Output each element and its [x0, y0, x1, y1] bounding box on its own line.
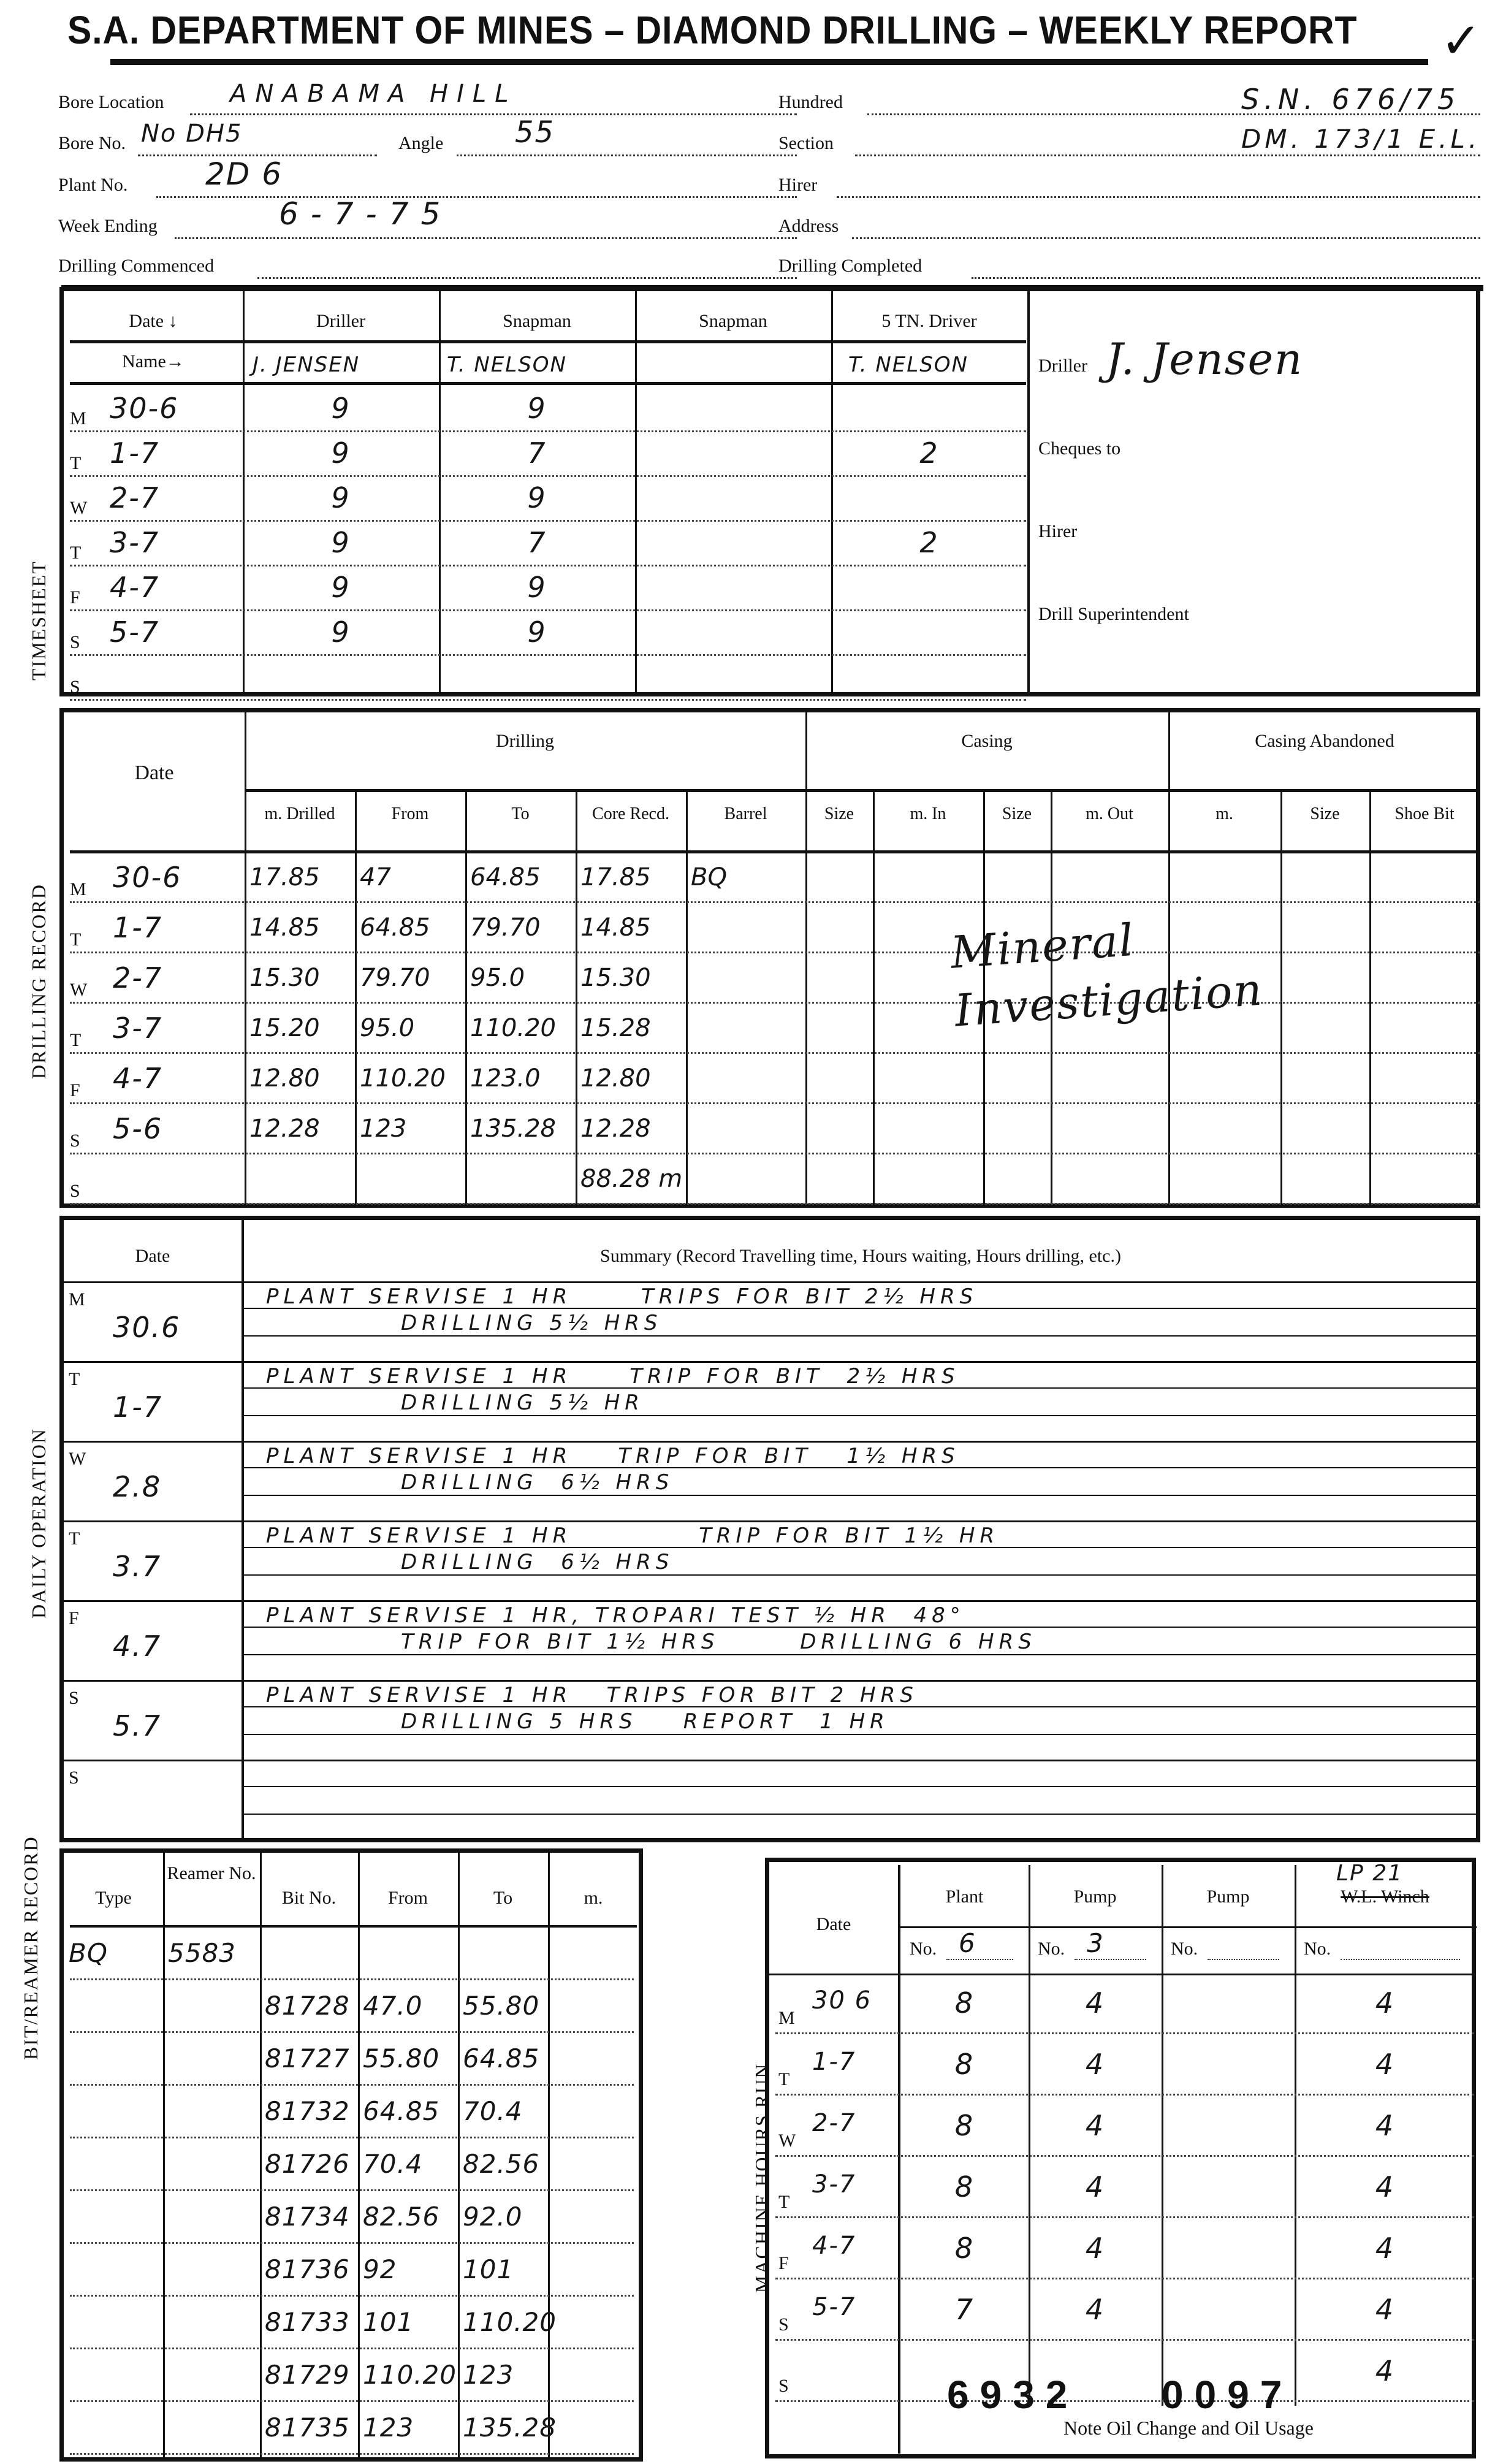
machine-col-header: Plant	[900, 1886, 1029, 1907]
drilling-completed-label: Drilling Completed	[778, 256, 922, 277]
daily-header-summary: Summary (Record Travelling time, Hours w…	[242, 1246, 1480, 1267]
drilling-col-header: Core Recd.	[576, 804, 686, 824]
drilling-day: T	[70, 929, 81, 950]
drilling-day: S	[70, 1131, 80, 1151]
bore-location-value[interactable]: ANABAMA HILL	[230, 80, 517, 108]
machine-hours-winch[interactable]: 4	[1295, 2232, 1475, 2265]
machine-date[interactable]: 1-7	[812, 2048, 856, 2076]
bit-to[interactable]: 110.20	[463, 2307, 547, 2337]
daily-date[interactable]: 5.7	[113, 1709, 161, 1742]
bit-from[interactable]: 70.4	[363, 2149, 457, 2179]
bit-to[interactable]: 123	[463, 2360, 547, 2390]
check-mark-icon: ✓	[1440, 12, 1482, 69]
bit-from[interactable]: 82.56	[363, 2202, 457, 2232]
timesheet-date[interactable]: 4-7	[110, 571, 159, 604]
address-label: Address	[778, 216, 839, 237]
daily-summary-line[interactable]: PLANT SERVISE 1 HR TRIP FOR BIT 1½ HR	[266, 1524, 999, 1548]
bit-type[interactable]: BQ	[69, 1938, 162, 1968]
drilling-day: W	[70, 980, 87, 1001]
bit-col-header: Bit No.	[260, 1886, 358, 1910]
daily-summary-line[interactable]: PLANT SERVISE 1 HR TRIP FOR BIT 2½ HRS	[266, 1364, 960, 1389]
drilling-col-header: m. In	[873, 804, 983, 824]
timesheet-hours-driller[interactable]: 9	[243, 571, 439, 604]
machine-hours-winch[interactable]: 4	[1295, 1986, 1475, 2020]
timesheet-day: T	[70, 453, 81, 474]
machine-hours-plant[interactable]: 8	[900, 2109, 1029, 2142]
drilling-core[interactable]: 17.85	[580, 863, 685, 891]
drilling-col-header: From	[355, 804, 465, 824]
plant-no-label: Plant No.	[58, 175, 127, 196]
machine-day: W	[778, 2130, 796, 2151]
machine-hours-pump1[interactable]: 4	[1029, 2109, 1162, 2142]
daily-operation-table: Date Summary (Record Travelling time, Ho…	[59, 1216, 1480, 1842]
machine-header-date: Date	[769, 1914, 898, 1935]
daily-header-date: Date	[64, 1246, 242, 1267]
angle-label: Angle	[398, 133, 443, 154]
bit-bit[interactable]: 81736	[265, 2254, 357, 2284]
drilling-core[interactable]: 88.28 m	[580, 1165, 685, 1193]
timesheet-hours-snapman1[interactable]: 7	[439, 437, 635, 470]
drilling-to[interactable]: 123.0	[470, 1064, 574, 1093]
bit-to[interactable]: 101	[463, 2254, 547, 2284]
drilling-col-header: Shoe Bit	[1369, 804, 1480, 824]
machine-hours-pump1[interactable]: 4	[1029, 2293, 1162, 2326]
machine-hours-pump1[interactable]: 4	[1029, 2232, 1162, 2265]
drilling-from[interactable]: 123	[360, 1115, 464, 1143]
bit-from[interactable]: 92	[363, 2254, 457, 2284]
drill-superintendent-label: Drill Superintendent	[1038, 604, 1189, 625]
daily-date[interactable]: 30.6	[113, 1311, 180, 1344]
drilling-header-drilling: Drilling	[245, 731, 805, 752]
hundred-value[interactable]: S.N. 676/75	[1241, 83, 1460, 116]
drilling-date[interactable]: 2-7	[113, 961, 162, 994]
drilling-to[interactable]: 79.70	[470, 914, 574, 942]
drilling-date[interactable]: 3-7	[113, 1012, 162, 1045]
drilling-core[interactable]: 12.80	[580, 1064, 685, 1093]
drilling-col-header: Size	[983, 804, 1051, 824]
timesheet-name-driver[interactable]: T. NELSON	[848, 353, 968, 377]
drilling-drilled[interactable]: 14.85	[249, 914, 354, 942]
driller-signature: J. Jensen	[1106, 334, 1303, 384]
bit-from[interactable]: 110.20	[363, 2360, 457, 2390]
daily-summary-line[interactable]: DRILLING 5½ HRS	[401, 1311, 663, 1335]
machine-col-header: Pump	[1162, 1886, 1295, 1907]
timesheet-hours-snapman1[interactable]: 9	[439, 616, 635, 649]
drilling-header-casing-abandoned: Casing Abandoned	[1168, 731, 1481, 752]
bore-no-value[interactable]: No DH5	[141, 120, 242, 148]
timesheet-hours-driller[interactable]: 9	[243, 481, 439, 514]
machine-date[interactable]: 2-7	[812, 2109, 856, 2137]
bit-from[interactable]: 123	[363, 2413, 457, 2443]
drilling-day: F	[70, 1080, 80, 1101]
plant-no-value[interactable]: 2D 6	[205, 156, 283, 192]
bit-reamer[interactable]: 5583	[168, 1938, 259, 1968]
bit-from[interactable]: 55.80	[363, 2043, 457, 2073]
header-fields: Bore Location ANABAMA HILL Bore No. No D…	[58, 80, 1486, 282]
daily-day: T	[69, 1369, 80, 1390]
bit-col-header: Reamer No.	[163, 1862, 260, 1885]
daily-date[interactable]: 4.7	[113, 1630, 161, 1663]
timesheet-hours-snapman1[interactable]: 9	[439, 481, 635, 514]
drilling-core[interactable]: 15.28	[580, 1014, 685, 1042]
drilling-drilled[interactable]: 15.20	[249, 1014, 354, 1042]
bit-bit[interactable]: 81732	[265, 2096, 357, 2126]
machine-no-label: No.	[1171, 1939, 1198, 1959]
drilling-record-section-label: DRILLING RECORD	[28, 883, 50, 1079]
bit-to[interactable]: 135.28	[463, 2413, 547, 2443]
machine-col-header: W.L. Winch	[1295, 1886, 1475, 1907]
timesheet-header-snapman-2: Snapman	[635, 311, 831, 332]
winch-label-override: LP 21	[1336, 1861, 1403, 1886]
bit-from[interactable]: 47.0	[363, 1991, 457, 2021]
timesheet-header-driver: 5 TN. Driver	[831, 311, 1027, 332]
machine-hours-plant[interactable]: 8	[900, 2232, 1029, 2265]
title-underline	[110, 59, 1428, 65]
bit-to[interactable]: 82.56	[463, 2149, 547, 2179]
machine-day: T	[778, 2069, 789, 2090]
drilling-from[interactable]: 64.85	[360, 914, 464, 942]
drilling-col-header: To	[465, 804, 576, 824]
drilling-from[interactable]: 79.70	[360, 964, 464, 992]
drilling-col-header: Barrel	[686, 804, 805, 824]
drilling-date[interactable]: 1-7	[113, 911, 162, 944]
week-ending-label: Week Ending	[58, 216, 158, 237]
drilling-col-header: Size	[1280, 804, 1369, 824]
hirer-label: Hirer	[778, 175, 817, 196]
machine-no-value[interactable]: 6	[959, 1928, 976, 1958]
drilling-to[interactable]: 110.20	[470, 1014, 574, 1042]
bit-bit[interactable]: 81729	[265, 2360, 357, 2390]
daily-day: T	[69, 1528, 80, 1549]
machine-date[interactable]: 3-7	[812, 2170, 856, 2199]
hundred-label: Hundred	[778, 92, 843, 113]
machine-hours-pump1[interactable]: 4	[1029, 1986, 1162, 2020]
timesheet-date[interactable]: 2-7	[110, 481, 159, 514]
bit-to[interactable]: 55.80	[463, 1991, 547, 2021]
machine-no-label: No.	[1038, 1939, 1065, 1959]
drilling-record-table: Date Drilling Casing Casing Abandoned m.…	[59, 708, 1480, 1208]
bit-from[interactable]: 101	[363, 2307, 457, 2337]
daily-date[interactable]: 1-7	[113, 1390, 162, 1424]
bit-col-header: From	[358, 1886, 458, 1910]
bit-bit[interactable]: 81728	[265, 1991, 357, 2021]
timesheet-day: S	[70, 632, 80, 653]
timesheet-section-label: TIMESHEET	[28, 560, 50, 681]
timesheet-hours-driller[interactable]: 9	[243, 526, 439, 559]
drilling-col-header: m. Drilled	[245, 804, 355, 824]
drilling-header-date: Date	[64, 761, 245, 785]
angle-value[interactable]: 55	[515, 115, 555, 150]
drilling-drilled[interactable]: 15.30	[249, 964, 354, 992]
timesheet-header-snapman-1: Snapman	[439, 311, 635, 332]
timesheet-day: M	[70, 408, 86, 429]
daily-summary-line[interactable]: DRILLING 6½ HRS	[401, 1470, 674, 1495]
bit-to[interactable]: 64.85	[463, 2043, 547, 2073]
timesheet-header-driller: Driller	[243, 311, 439, 332]
machine-hours-plant[interactable]: 8	[900, 1986, 1029, 2020]
drilling-to[interactable]: 64.85	[470, 863, 574, 891]
drilling-col-header: m.	[1168, 804, 1280, 824]
bit-bit[interactable]: 81733	[265, 2307, 357, 2337]
machine-no-value[interactable]: 3	[1087, 1928, 1105, 1958]
cheques-to-label: Cheques to	[1038, 438, 1120, 459]
machine-day: T	[778, 2192, 789, 2213]
bit-col-header: To	[458, 1886, 548, 1910]
machine-hours-pump1[interactable]: 4	[1029, 2048, 1162, 2081]
drilling-barrel[interactable]: BQ	[691, 863, 804, 891]
bit-bit[interactable]: 81727	[265, 2043, 357, 2073]
machine-col-header: Pump	[1029, 1886, 1162, 1907]
daily-day: W	[69, 1449, 86, 1470]
bit-col-header: m.	[548, 1886, 639, 1910]
daily-summary-line[interactable]: DRILLING 5½ HR	[401, 1390, 644, 1415]
drilling-core[interactable]: 14.85	[580, 914, 685, 942]
timesheet-name-label: Name→	[64, 351, 243, 372]
drilling-day: T	[70, 1030, 81, 1051]
bit-to[interactable]: 92.0	[463, 2202, 547, 2232]
timesheet-day: S	[70, 677, 80, 698]
timesheet-day: W	[70, 498, 87, 519]
timesheet-hours-snapman1[interactable]: 9	[439, 392, 635, 425]
drilling-date[interactable]: 30-6	[113, 861, 181, 894]
oil-change-note: Note Oil Change and Oil Usage	[900, 2417, 1477, 2439]
machine-hours-plant[interactable]: 7	[900, 2293, 1029, 2326]
drilling-date[interactable]: 5-6	[113, 1112, 162, 1145]
daily-date[interactable]: 3.7	[113, 1550, 161, 1583]
section-value[interactable]: DM. 173/1 E.L.	[1241, 124, 1480, 154]
bit-reamer-section-label: BIT/REAMER RECORD	[20, 1836, 42, 2060]
timesheet-table: Date ↓ Driller Snapman Snapman 5 TN. Dri…	[59, 287, 1480, 696]
bit-bit[interactable]: 81735	[265, 2413, 357, 2443]
timesheet-date[interactable]: 5-7	[110, 616, 159, 649]
machine-hours-winch[interactable]: 4	[1295, 2354, 1475, 2387]
daily-summary-line[interactable]: PLANT SERVISE 1 HR TRIP FOR BIT 1½ HRS	[266, 1444, 960, 1468]
drilling-from[interactable]: 95.0	[360, 1014, 464, 1042]
bit-col-header: Type	[64, 1886, 163, 1910]
drilling-col-header: m. Out	[1051, 804, 1168, 824]
page-title: S.A. DEPARTMENT OF MINES – DIAMOND DRILL…	[67, 7, 1357, 53]
timesheet-name-snapman-1[interactable]: T. NELSON	[447, 353, 567, 377]
pump-meter-stamp: 0097	[1162, 2372, 1293, 2417]
drilling-header-casing: Casing	[805, 731, 1168, 752]
drilling-core[interactable]: 15.30	[580, 964, 685, 992]
machine-no-label: No.	[1304, 1939, 1331, 1959]
daily-date[interactable]: 2.8	[113, 1470, 161, 1503]
timesheet-hours-driller[interactable]: 9	[243, 437, 439, 470]
drilling-day: M	[70, 879, 86, 900]
timesheet-date[interactable]: 30-6	[110, 392, 178, 425]
timesheet-header-date: Date ↓	[64, 311, 243, 332]
hirer-signature-label: Hirer	[1038, 521, 1077, 542]
timesheet-date[interactable]: 1-7	[110, 437, 159, 470]
daily-summary-line[interactable]: PLANT SERVISE 1 HR, TROPARI TEST ½ HR 48…	[266, 1603, 965, 1628]
daily-day: F	[69, 1608, 79, 1629]
machine-hours-winch[interactable]: 4	[1295, 2170, 1475, 2203]
machine-hours-plant[interactable]: 8	[900, 2048, 1029, 2081]
daily-summary-line[interactable]: PLANT SERVISE 1 HR TRIPS FOR BIT 2 HRS	[266, 1683, 918, 1707]
drilling-date[interactable]: 4-7	[113, 1062, 162, 1095]
bore-no-label: Bore No.	[58, 133, 126, 154]
daily-day: M	[69, 1289, 85, 1310]
bore-location-label: Bore Location	[58, 92, 164, 113]
machine-day: S	[778, 2314, 789, 2335]
machine-day: F	[778, 2253, 789, 2274]
drilling-from[interactable]: 47	[360, 863, 464, 891]
timesheet-date[interactable]: 3-7	[110, 526, 159, 559]
timesheet-hours-snapman1[interactable]: 7	[439, 526, 635, 559]
timesheet-day: T	[70, 543, 81, 563]
machine-date[interactable]: 5-7	[812, 2293, 856, 2321]
drilling-to[interactable]: 135.28	[470, 1115, 574, 1143]
machine-hours-table: Date PlantNo.6PumpNo.3PumpNo.W.L. WinchN…	[765, 1858, 1476, 2458]
driller-signature-label: Driller	[1038, 356, 1087, 376]
machine-hours-winch[interactable]: 4	[1295, 2293, 1475, 2326]
drilling-drilled[interactable]: 17.85	[249, 863, 354, 891]
bit-reamer-table: TypeReamer No.Bit No.FromTom. BQ55838172…	[59, 1848, 643, 2462]
bit-from[interactable]: 64.85	[363, 2096, 457, 2126]
plant-meter-stamp: 6932	[947, 2372, 1078, 2417]
bit-bit[interactable]: 81726	[265, 2149, 357, 2179]
daily-day: S	[69, 1768, 79, 1788]
timesheet-hours-driller[interactable]: 9	[243, 392, 439, 425]
drilling-col-header: Size	[805, 804, 873, 824]
timesheet-name-driller[interactable]: J. JENSEN	[253, 353, 360, 377]
daily-operation-section-label: DAILY OPERATION	[28, 1428, 50, 1619]
drilling-drilled[interactable]: 12.80	[249, 1064, 354, 1093]
machine-date[interactable]: 30 6	[812, 1986, 872, 2015]
section-label: Section	[778, 133, 834, 154]
machine-day: S	[778, 2376, 789, 2397]
timesheet-day: F	[70, 587, 80, 608]
bit-to[interactable]: 70.4	[463, 2096, 547, 2126]
drilling-core[interactable]: 12.28	[580, 1115, 685, 1143]
timesheet-hours-driller[interactable]: 9	[243, 616, 439, 649]
drilling-day: S	[70, 1181, 80, 1202]
week-ending-value[interactable]: 6-7-75	[279, 196, 452, 232]
machine-no-label: No.	[910, 1939, 937, 1959]
machine-hours-pump1[interactable]: 4	[1029, 2170, 1162, 2203]
daily-day: S	[69, 1688, 79, 1709]
daily-summary-line[interactable]: DRILLING 6½ HRS	[401, 1550, 674, 1574]
daily-summary-line[interactable]: DRILLING 5 HRS REPORT 1 HR	[401, 1709, 889, 1734]
timesheet-hours-driver[interactable]: 2	[831, 437, 1027, 470]
daily-summary-line[interactable]: TRIP FOR BIT 1½ HRS DRILLING 6 HRS	[401, 1630, 1037, 1654]
bit-bit[interactable]: 81734	[265, 2202, 357, 2232]
machine-hours-plant[interactable]: 8	[900, 2170, 1029, 2203]
machine-hours-winch[interactable]: 4	[1295, 2109, 1475, 2142]
drilling-to[interactable]: 95.0	[470, 964, 574, 992]
machine-day: M	[778, 2008, 795, 2029]
daily-summary-line[interactable]: PLANT SERVISE 1 HR TRIPS FOR BIT 2½ HRS	[266, 1284, 978, 1309]
drilling-from[interactable]: 110.20	[360, 1064, 464, 1093]
drilling-commenced-label: Drilling Commenced	[58, 256, 214, 277]
timesheet-hours-snapman1[interactable]: 9	[439, 571, 635, 604]
timesheet-hours-driver[interactable]: 2	[831, 526, 1027, 559]
drilling-drilled[interactable]: 12.28	[249, 1115, 354, 1143]
machine-date[interactable]: 4-7	[812, 2232, 856, 2260]
machine-hours-winch[interactable]: 4	[1295, 2048, 1475, 2081]
mineral-investigation-annotation: Mineral Investigation	[949, 906, 1214, 1040]
